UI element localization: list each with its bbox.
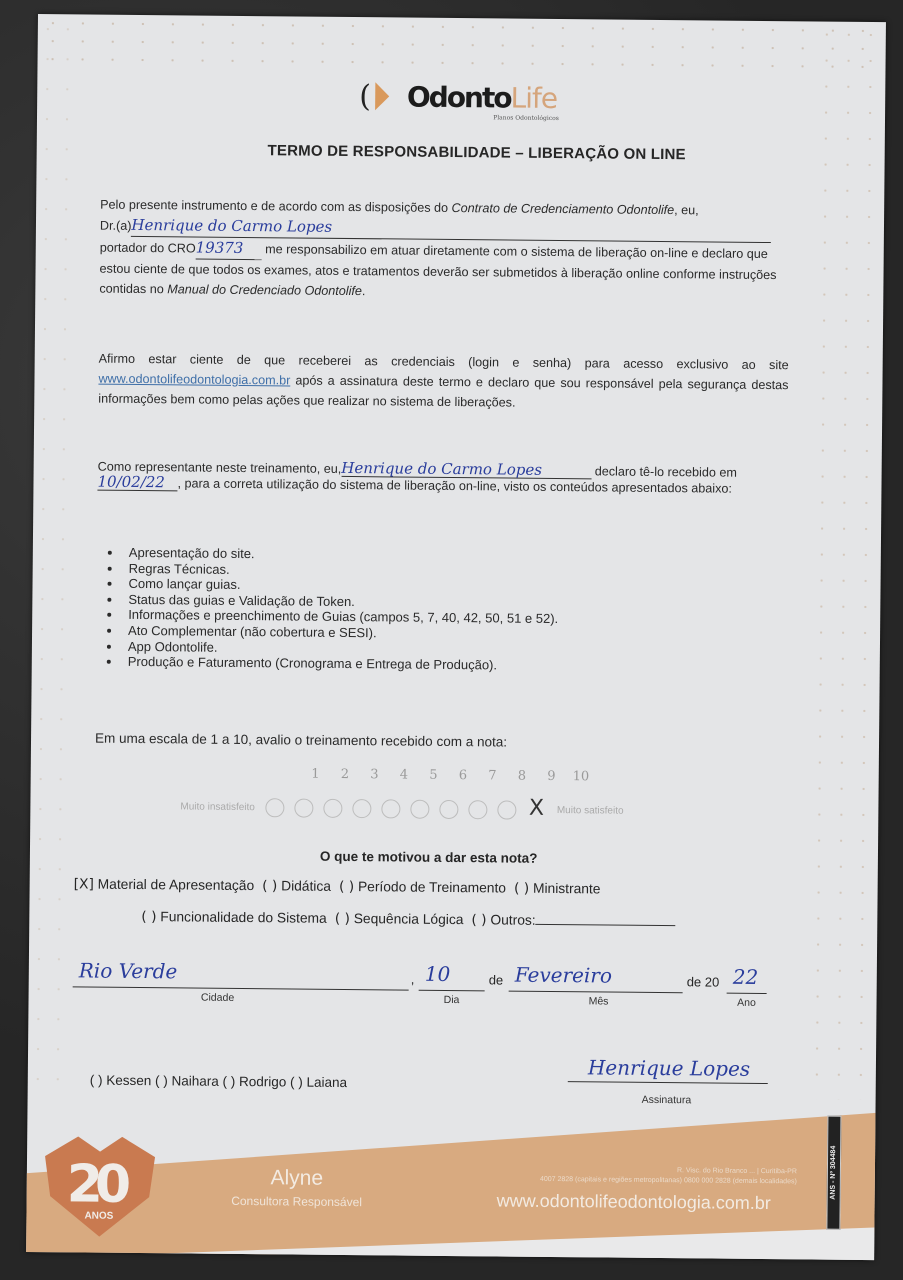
rating-option-4[interactable] [353,799,372,818]
motivation-option[interactable]: [X] Material de Apresentação [74,876,255,893]
outros-field[interactable] [536,924,676,926]
scale-number: 4 [389,767,419,782]
rating-option-10[interactable] [527,801,546,820]
motivation-option[interactable]: ( ) Período de Treinamento [339,879,506,896]
empty-box-icon[interactable]: ( ) [514,881,529,897]
month-field[interactable]: Fevereiro [509,967,683,994]
rating-option-8[interactable] [469,800,488,819]
year-handwritten: 22 [733,965,759,989]
footer-address: R. Visc. do Rio Branco ... | Curitiba-PR… [447,1164,797,1187]
consultant-block: Alyne Consultora Responsável [217,1166,377,1210]
paragraph-training: Como representante neste treinamento, eu… [97,459,787,498]
motivation-option[interactable]: ( ) Didática [262,878,331,894]
rating-option-2[interactable] [295,799,314,818]
paragraph-declaration: Pelo presente instrumento e de acordo co… [99,195,790,306]
rating-option-6[interactable] [411,800,430,819]
cro-field[interactable]: 19373 [196,238,262,261]
contract-name: Contrato de Credenciamento Odontolife [452,201,675,217]
website-link[interactable]: www.odontolifeodontologia.com.br [98,372,290,388]
scale-number: 3 [360,767,390,782]
scale-number: 10 [566,769,596,784]
scale-number: 8 [507,769,537,784]
rating-option-1[interactable] [266,798,285,817]
motivation-option[interactable]: ( ) Outros: [471,912,675,929]
representative-name-handwritten: Henrique do Carmo Lopes [341,459,542,479]
de-label: de [489,972,504,987]
text: , para a correta utilização do sistema d… [177,476,732,495]
logo-diamond-icon [375,82,397,110]
document-title: TERMO DE RESPONSABILIDADE – LIBERAÇÃO ON… [227,142,727,164]
motivation-question: O que te motivou a dar esta nota? [320,849,538,866]
empty-box-icon[interactable]: ( ) [262,878,277,894]
rating-option-9[interactable] [498,800,517,819]
badge-number: 20 [66,1154,123,1215]
consultant-name: Alyne [217,1166,377,1192]
text: Pelo presente instrumento e de acordo co… [100,198,452,215]
high-label: Muito satisfeito [557,805,624,817]
representative-name-field[interactable]: Henrique do Carmo Lopes [341,461,591,479]
comma: , [411,972,415,987]
footer-website[interactable]: www.odontolifeodontologia.com.br [497,1190,771,1214]
low-label: Muito insatisfeito [180,801,255,813]
text: declaro tê-lo recebido em [591,464,737,479]
cro-handwritten: 19373 [196,239,244,257]
month-handwritten: Fevereiro [515,963,612,988]
training-date-field[interactable]: 10/02/22 [97,475,177,492]
scale-number: 2 [330,767,360,782]
city-field[interactable]: Rio Verde [73,962,409,990]
scale-number: 1 [301,767,331,782]
scale-number: 5 [419,768,449,783]
scale-number: 9 [537,769,567,784]
signature-line[interactable] [568,1081,768,1084]
training-date-handwritten: 10/02/22 [97,473,165,492]
option-label: Sequência Lógica [350,911,464,927]
place-date-row: Rio Verde Cidade , 10 Dia de Fevereiro M… [72,962,792,1019]
text: . [362,284,366,298]
empty-box-icon[interactable]: ( ) [339,879,354,895]
rating-scale: Muito insatisfeito Muito satisfeito [180,797,623,820]
empty-box-icon[interactable]: ( ) [471,912,486,928]
topics-list: Apresentação do site. Regras Técnicas. C… [102,545,559,674]
rating-option-3[interactable] [324,799,343,818]
option-label: Ministrante [529,881,600,897]
consultant-role: Consultora Responsável [217,1194,377,1210]
document-page: ( OdontoLife Planos Odontológicos TERMO … [26,14,886,1260]
month-caption: Mês [508,995,688,1009]
paragraph-credentials: Afirmo estar ciente de que receberei as … [98,349,789,416]
text: , eu, [674,203,699,217]
logo-tagline: Planos Odontológicos [493,114,559,122]
topic-item: Produção e Faturamento (Cronograma e Ent… [122,654,558,674]
year-caption: Ano [726,997,766,1009]
checked-box-icon[interactable]: [X] [74,876,94,892]
city-caption: Cidade [73,990,363,1005]
scale-number: 7 [478,768,508,783]
rating-circles [261,798,551,820]
motivation-option[interactable]: ( ) Sequência Lógica [335,911,464,927]
dr-name-handwritten: Henrique do Carmo Lopes [131,216,332,236]
motivation-option[interactable]: ( ) Funcionalidade do Sistema [141,909,327,926]
motivation-options-row2: ( ) Funcionalidade do Sistema( ) Sequênc… [141,909,683,930]
option-label: Material de Apresentação [94,877,254,894]
motivation-option[interactable]: ( ) Ministrante [514,881,601,897]
signature-caption: Assinatura [642,1094,692,1106]
text: Afirmo estar ciente de que receberei as … [99,352,789,373]
dr-label: Dr.(a) [100,219,132,233]
option-label: Outros: [487,912,536,927]
motivation-options-row1: [X] Material de Apresentação( ) Didática… [74,876,609,897]
day-caption: Dia [418,994,484,1007]
cro-label: portador do CRO [100,241,196,256]
scale-number: 6 [448,768,478,783]
day-field[interactable]: 10 [419,966,485,992]
empty-box-icon[interactable]: ( ) [335,911,350,927]
logo-mark-icon: ( [359,79,371,114]
logo-text-light: Life [510,81,557,114]
city-handwritten: Rio Verde [79,958,178,983]
empty-box-icon[interactable]: ( ) [141,909,156,925]
rating-option-7[interactable] [440,800,459,819]
manual-name: Manual do Credenciado Odontolife [167,282,362,298]
option-label: Funcionalidade do Sistema [156,909,326,926]
ans-registration-label: ANS - Nº 304484 [826,1116,841,1230]
rating-question: Em uma escala de 1 a 10, avalio o treina… [95,731,507,750]
representatives-options[interactable]: ( ) Kessen ( ) Naihara ( ) Rodrigo ( ) L… [90,1073,347,1090]
option-label: Período de Treinamento [354,879,506,895]
year-prefix: de 20 [687,974,720,989]
day-handwritten: 10 [425,962,451,986]
year-field[interactable]: 22 [727,969,767,994]
option-label: Didática [277,878,331,894]
decorative-dots-right [806,21,886,1100]
signature-handwritten: Henrique Lopes [588,1055,750,1081]
badge-label: ANOS [84,1211,113,1222]
rating-option-5[interactable] [382,799,401,818]
logo-text-dark: Odonto [407,80,511,114]
odontolife-logo: ( OdontoLife Planos Odontológicos [359,71,557,123]
rating-scale-numbers: 1 2 3 4 5 6 7 8 9 10 [301,767,596,785]
